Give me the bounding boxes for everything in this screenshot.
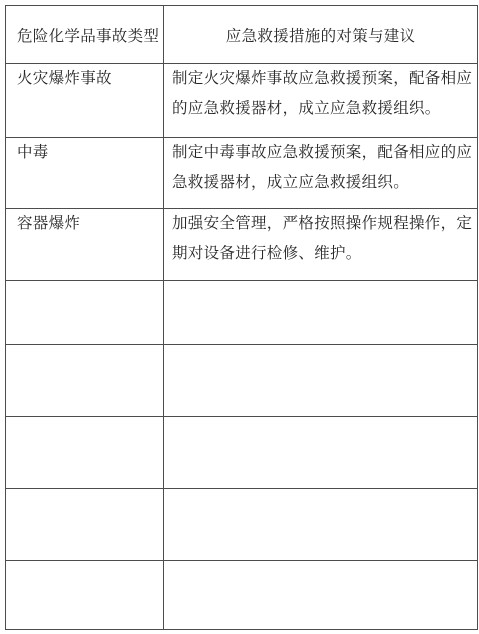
header-accident-type: 危险化学品事故类型 (6, 6, 164, 64)
measures-line: 期对设备进行检修、维护。 (172, 239, 472, 269)
header-measures: 应急救援措施的对策与建议 (164, 6, 478, 64)
cell-accident-type: 火灾爆炸事故 (6, 64, 164, 138)
table-row-container-explosion: 容器爆炸 加强安全管理，严格按照操作规程操作，定 期对设备进行检修、维护。 (6, 209, 478, 281)
cell-empty (164, 281, 478, 345)
measures-line: 加强安全管理，严格按照操作规程操作，定 (172, 209, 472, 239)
cell-measures: 制定中毒事故应急救援预案，配备相应的应 急救援器材，成立应急救援组织。 (164, 138, 478, 209)
cell-empty (6, 345, 164, 417)
measures-line: 制定中毒事故应急救援预案，配备相应的应 (172, 138, 472, 168)
cell-empty (6, 417, 164, 489)
table-row-empty (6, 561, 478, 630)
accident-measures-table: 危险化学品事故类型 应急救援措施的对策与建议 火灾爆炸事故 制定火灾爆炸事故应急… (5, 5, 478, 630)
cell-accident-type: 中毒 (6, 138, 164, 209)
measures-line: 的应急救援器材，成立应急救援组织。 (172, 94, 472, 124)
cell-empty (164, 489, 478, 561)
cell-empty (6, 561, 164, 630)
cell-measures: 制定火灾爆炸事故应急救援预案，配备相应 的应急救援器材，成立应急救援组织。 (164, 64, 478, 138)
table-header-row: 危险化学品事故类型 应急救援措施的对策与建议 (6, 6, 478, 64)
cell-measures: 加强安全管理，严格按照操作规程操作，定 期对设备进行检修、维护。 (164, 209, 478, 281)
cell-empty (164, 417, 478, 489)
table-row-empty (6, 345, 478, 417)
table-row-empty (6, 417, 478, 489)
table-row-fire-explosion: 火灾爆炸事故 制定火灾爆炸事故应急救援预案，配备相应 的应急救援器材，成立应急救… (6, 64, 478, 138)
cell-empty (6, 489, 164, 561)
table-row-empty (6, 281, 478, 345)
measures-line: 制定火灾爆炸事故应急救援预案，配备相应 (172, 64, 472, 94)
table-row-empty (6, 489, 478, 561)
cell-accident-type: 容器爆炸 (6, 209, 164, 281)
table-row-poisoning: 中毒 制定中毒事故应急救援预案，配备相应的应 急救援器材，成立应急救援组织。 (6, 138, 478, 209)
measures-line: 急救援器材，成立应急救援组织。 (172, 168, 472, 198)
cell-empty (6, 281, 164, 345)
cell-empty (164, 561, 478, 630)
cell-empty (164, 345, 478, 417)
